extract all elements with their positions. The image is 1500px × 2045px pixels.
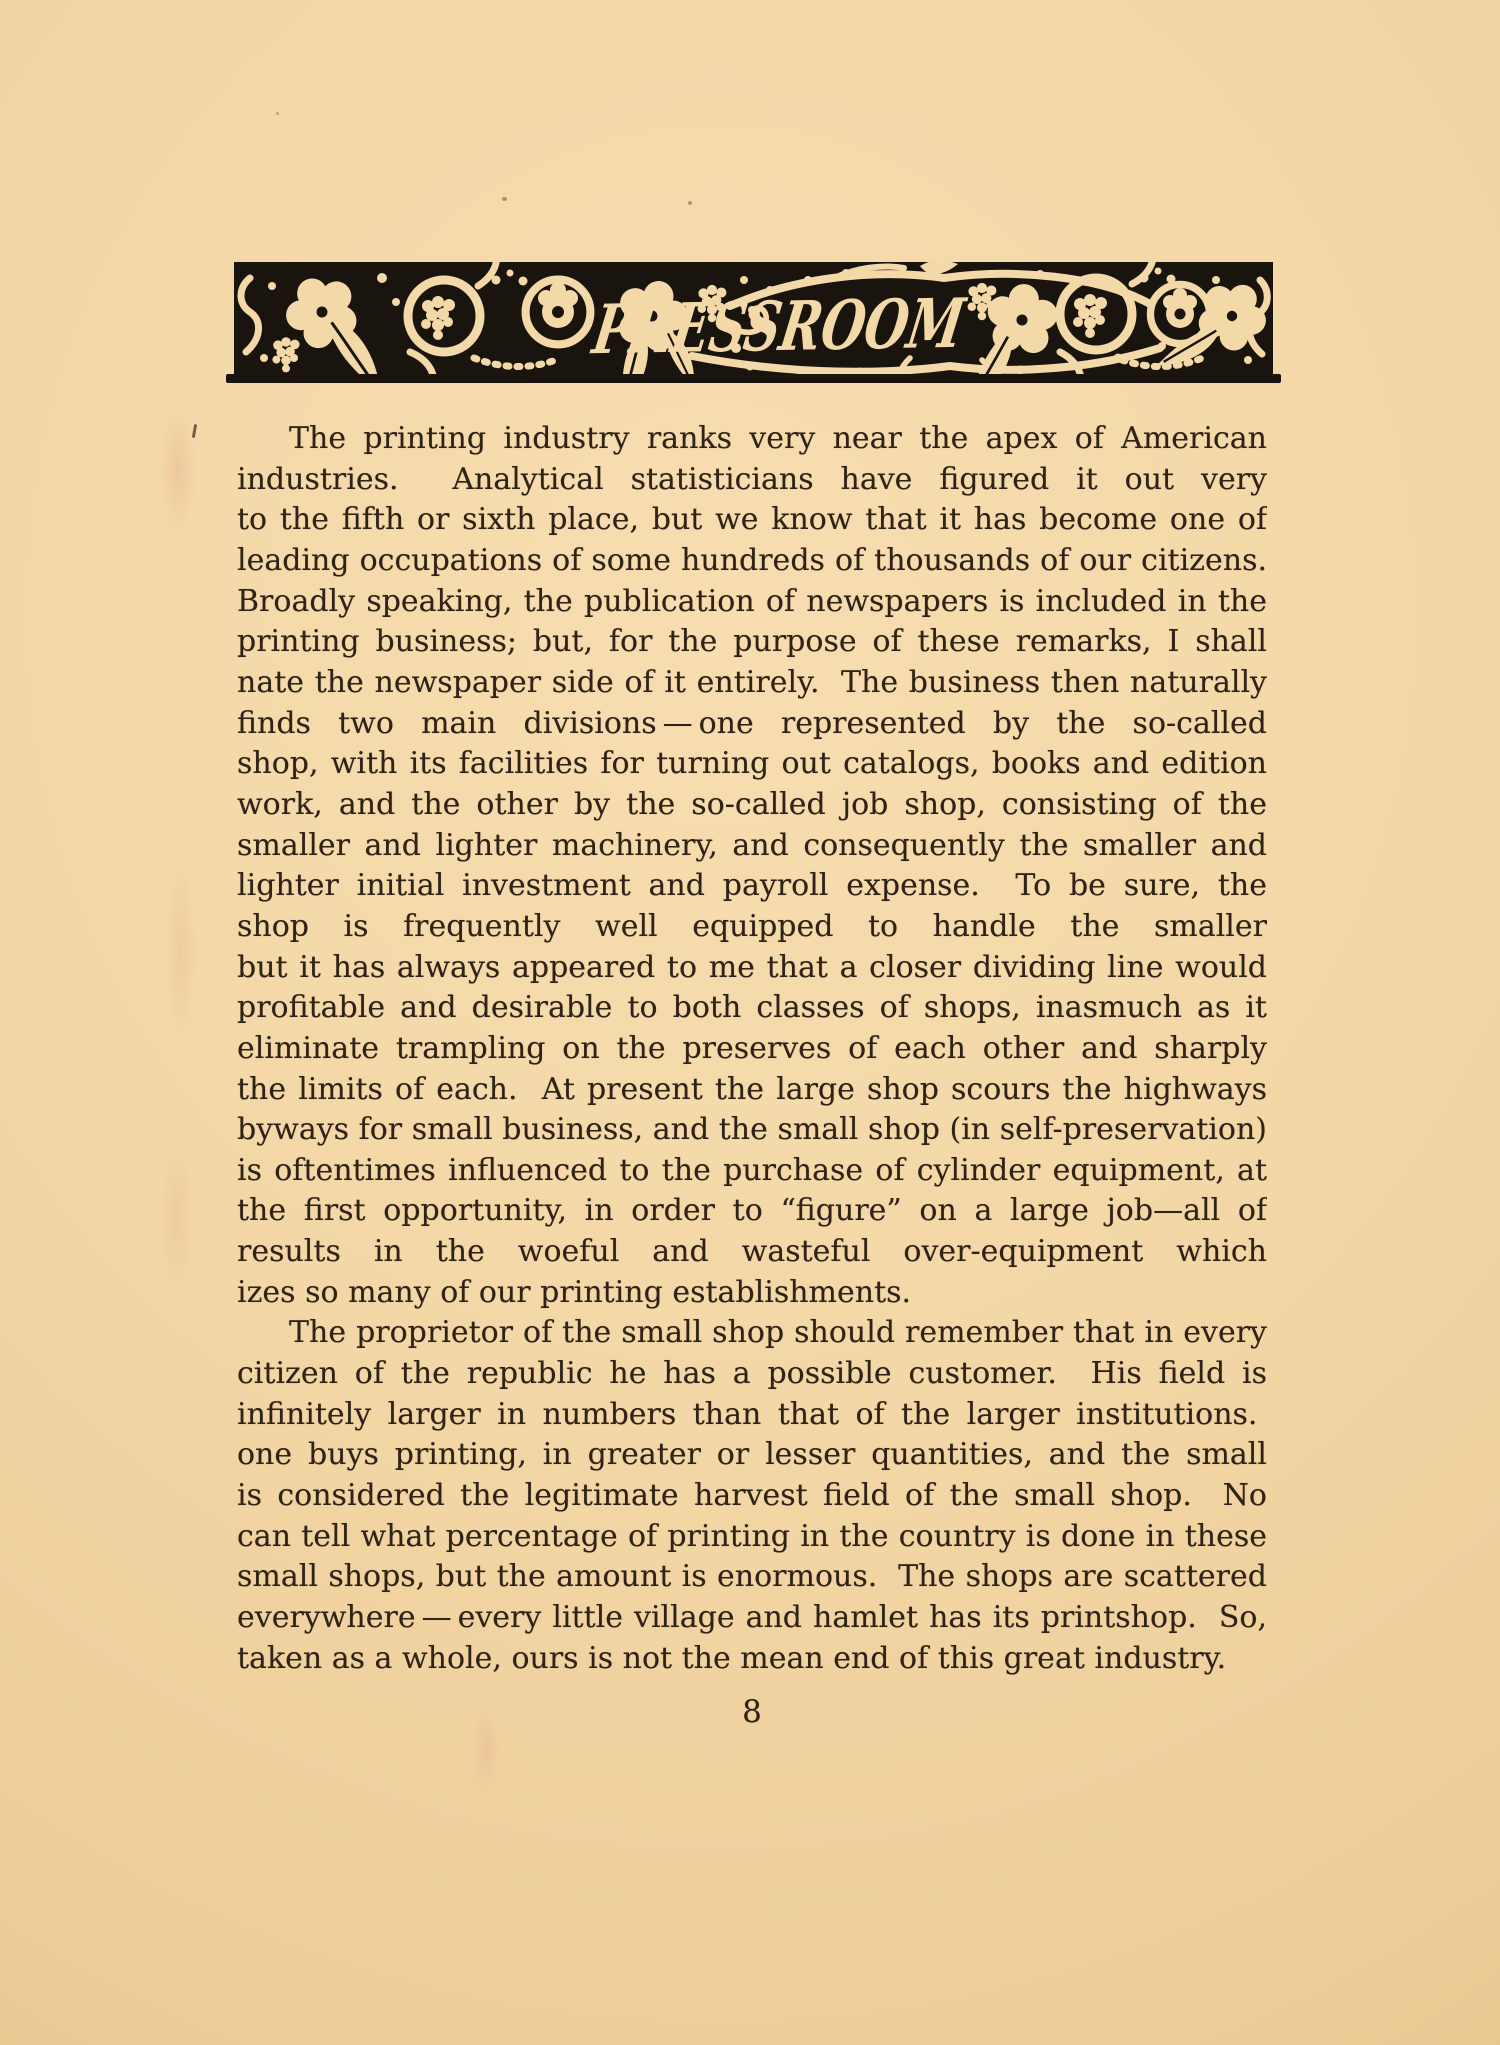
text-line: can tell what percentage of printing in … [237,1517,1267,1558]
text-line: profitable and desirable to both classes… [237,988,1267,1029]
text-line: eliminate trampling on the preserves of … [237,1029,1267,1070]
paragraph: The proprietor of the small shop should … [237,1313,1267,1679]
banner-ornament-art: PRESSROOM [234,262,1273,374]
text-line: taken as a whole, ours is not the mean e… [237,1639,1267,1680]
text-line: lighter initial investment and payroll e… [237,866,1267,907]
body-text: The printing industry ranks very near th… [237,419,1267,1679]
text-line: finds two main divisions — one represent… [237,704,1267,745]
paragraph: The printing industry ranks very near th… [237,419,1267,1313]
text-line: izes so many of our printing establishme… [237,1273,1267,1314]
text-line: the first opportunity, in order to “figu… [237,1191,1267,1232]
text-line: shop, with its facilities for turning ou… [237,744,1267,785]
text-line: smaller and lighter machinery, and conse… [237,826,1267,867]
text-line: work, and the other by the so-called job… [237,785,1267,826]
text-line: The printing industry ranks very near th… [237,419,1267,460]
text-line: industries. Analytical statisticians hav… [237,460,1267,501]
paper-speck [502,197,507,201]
text-line: The proprietor of the small shop should … [237,1313,1267,1354]
page-number: 8 [237,1694,1267,1730]
text-line: shop is frequently well equipped to hand… [237,907,1267,948]
pressroom-header-banner: PRESSROOM [234,262,1273,374]
book-page: PRESSROOM [0,0,1500,2045]
text-line: the limits of each. At present the large… [237,1070,1267,1111]
text-line: citizen of the republic he has a possibl… [237,1354,1267,1395]
text-line: to the fifth or sixth place, but we know… [237,500,1267,541]
paper-speck [276,112,279,115]
banner-title-group: PRESSROOM [586,284,971,370]
text-line: one buys printing, in greater or lesser … [237,1435,1267,1476]
text-line: Broadly speaking, the publication of new… [237,582,1267,623]
text-line: but it has always appeared to me that a … [237,948,1267,989]
text-line: everywhere — every little village and ha… [237,1598,1267,1639]
stray-ink-tick [192,424,197,438]
text-line: is oftentimes influenced to the purchase… [237,1151,1267,1192]
text-line: printing business; but, for the purpose … [237,622,1267,663]
banner-bottom-rule [226,374,1281,383]
paper-speck [688,201,692,205]
text-line: infinitely larger in numbers than that o… [237,1395,1267,1436]
text-line: leading occupations of some hundreds of … [237,541,1267,582]
text-line: small shops, but the amount is enormous.… [237,1557,1267,1598]
text-line: results in the woeful and wasteful over-… [237,1232,1267,1273]
text-line: byways for small business, and the small… [237,1110,1267,1151]
text-line: is considered the legitimate harvest fie… [237,1476,1267,1517]
banner-title: PRESSROOM [586,284,971,370]
text-line: nate the newspaper side of it entirely. … [237,663,1267,704]
